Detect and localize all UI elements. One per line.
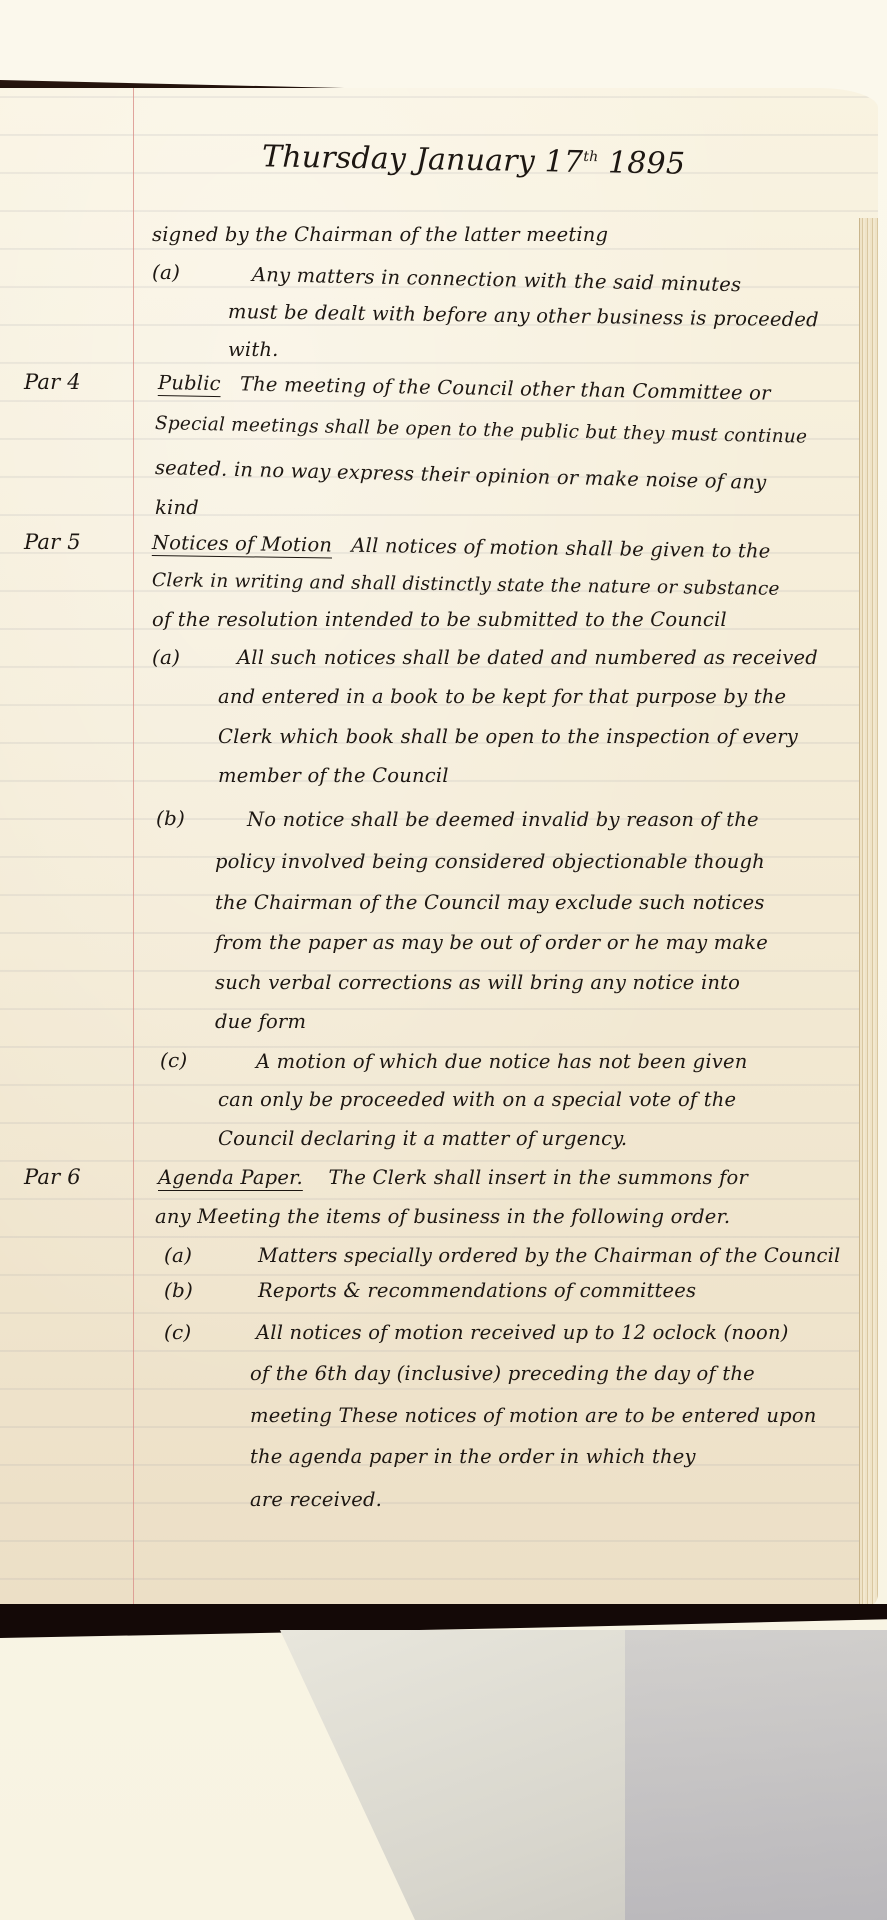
item-line: Council declaring it a matter of urgency… [218,1127,627,1150]
item-line: No notice shall be deemed invalid by rea… [247,808,759,831]
tissue-paper-fold [625,1630,887,1920]
item-line: Reports & recommendations of committees [258,1279,696,1302]
par-label: Par 4 [24,370,81,394]
paragraph-line: Notices of Motion All notices of motion … [152,531,771,563]
item-line: from the paper as may be out of order or… [215,931,768,954]
paragraph-line: Clerk in writing and shall distinctly st… [152,570,780,600]
continuation-line: signed by the Chairman of the latter mee… [152,223,608,246]
paragraph-line: Special meetings shall be open to the pu… [155,413,808,448]
paragraph-line: Agenda Paper. The Clerk shall insert in … [158,1166,748,1189]
item-line: with. [228,338,279,361]
item-line: All such notices shall be dated and numb… [237,646,818,669]
date-day-number: 17 [544,144,583,180]
date-month: January [415,142,535,179]
item-label: (a) [164,1243,192,1267]
item-label: (c) [160,1048,187,1072]
par-label: Par 5 [24,530,81,554]
paragraph-line: kind [155,496,199,519]
date-day: Thursday [262,139,407,177]
item-line: the agenda paper in the order in which t… [250,1445,696,1468]
item-label: (b) [156,806,185,830]
item-line: and entered in a book to be kept for tha… [218,685,786,708]
photo-scene: Thursday January 17th 1895 signed by the… [0,0,887,1920]
page-stack-edge [859,218,878,1608]
date-ordinal: th [583,149,598,165]
item-line: A motion of which due notice has not bee… [256,1050,748,1073]
paragraph-line: any Meeting the items of business in the… [155,1205,730,1228]
item-line: All notices of motion received up to 12 … [256,1321,789,1344]
item-line: of the 6th day (inclusive) preceding the… [250,1362,755,1385]
item-line: policy involved being considered objecti… [215,850,765,873]
item-label: (b) [164,1278,193,1302]
paragraph-line: Public The meeting of the Council other … [158,371,771,405]
par-label: Par 6 [24,1165,81,1189]
paragraph-line: of the resolution intended to be submitt… [152,608,727,631]
item-line: Any matters in connection with the said … [252,263,742,296]
item-line: Clerk which book shall be open to the in… [218,725,798,748]
item-line: meeting These notices of motion are to b… [250,1404,817,1427]
item-line: due form [215,1010,306,1033]
date-heading: Thursday January 17th 1895 [262,139,686,181]
ledger-page: Thursday January 17th 1895 signed by the… [0,88,878,1608]
item-line: such verbal corrections as will bring an… [215,971,740,994]
paragraph-line: seated. in no way express their opinion … [155,456,767,494]
paragraph-text: The Clerk shall insert in the summons fo… [328,1166,748,1189]
item-line: the Chairman of the Council may exclude … [215,891,765,914]
item-label: (c) [164,1320,191,1344]
item-line: are received. [250,1488,382,1511]
item-line: Matters specially ordered by the Chairma… [258,1244,841,1267]
item-line: can only be proceeded with on a special … [218,1088,736,1111]
red-margin-rule [133,88,134,1608]
paragraph-text: The meeting of the Council other than Co… [240,372,771,404]
item-line: member of the Council [218,764,449,787]
paragraph-heading: Notices of Motion [152,531,332,557]
paragraph-heading: Public [158,371,221,395]
date-year: 1895 [608,145,686,181]
paragraph-text: All notices of motion shall be given to … [351,534,770,563]
item-line: must be dealt with before any other busi… [228,300,819,331]
item-label: (a) [152,260,180,284]
paragraph-heading: Agenda Paper. [158,1166,303,1189]
item-label: (a) [152,645,180,669]
